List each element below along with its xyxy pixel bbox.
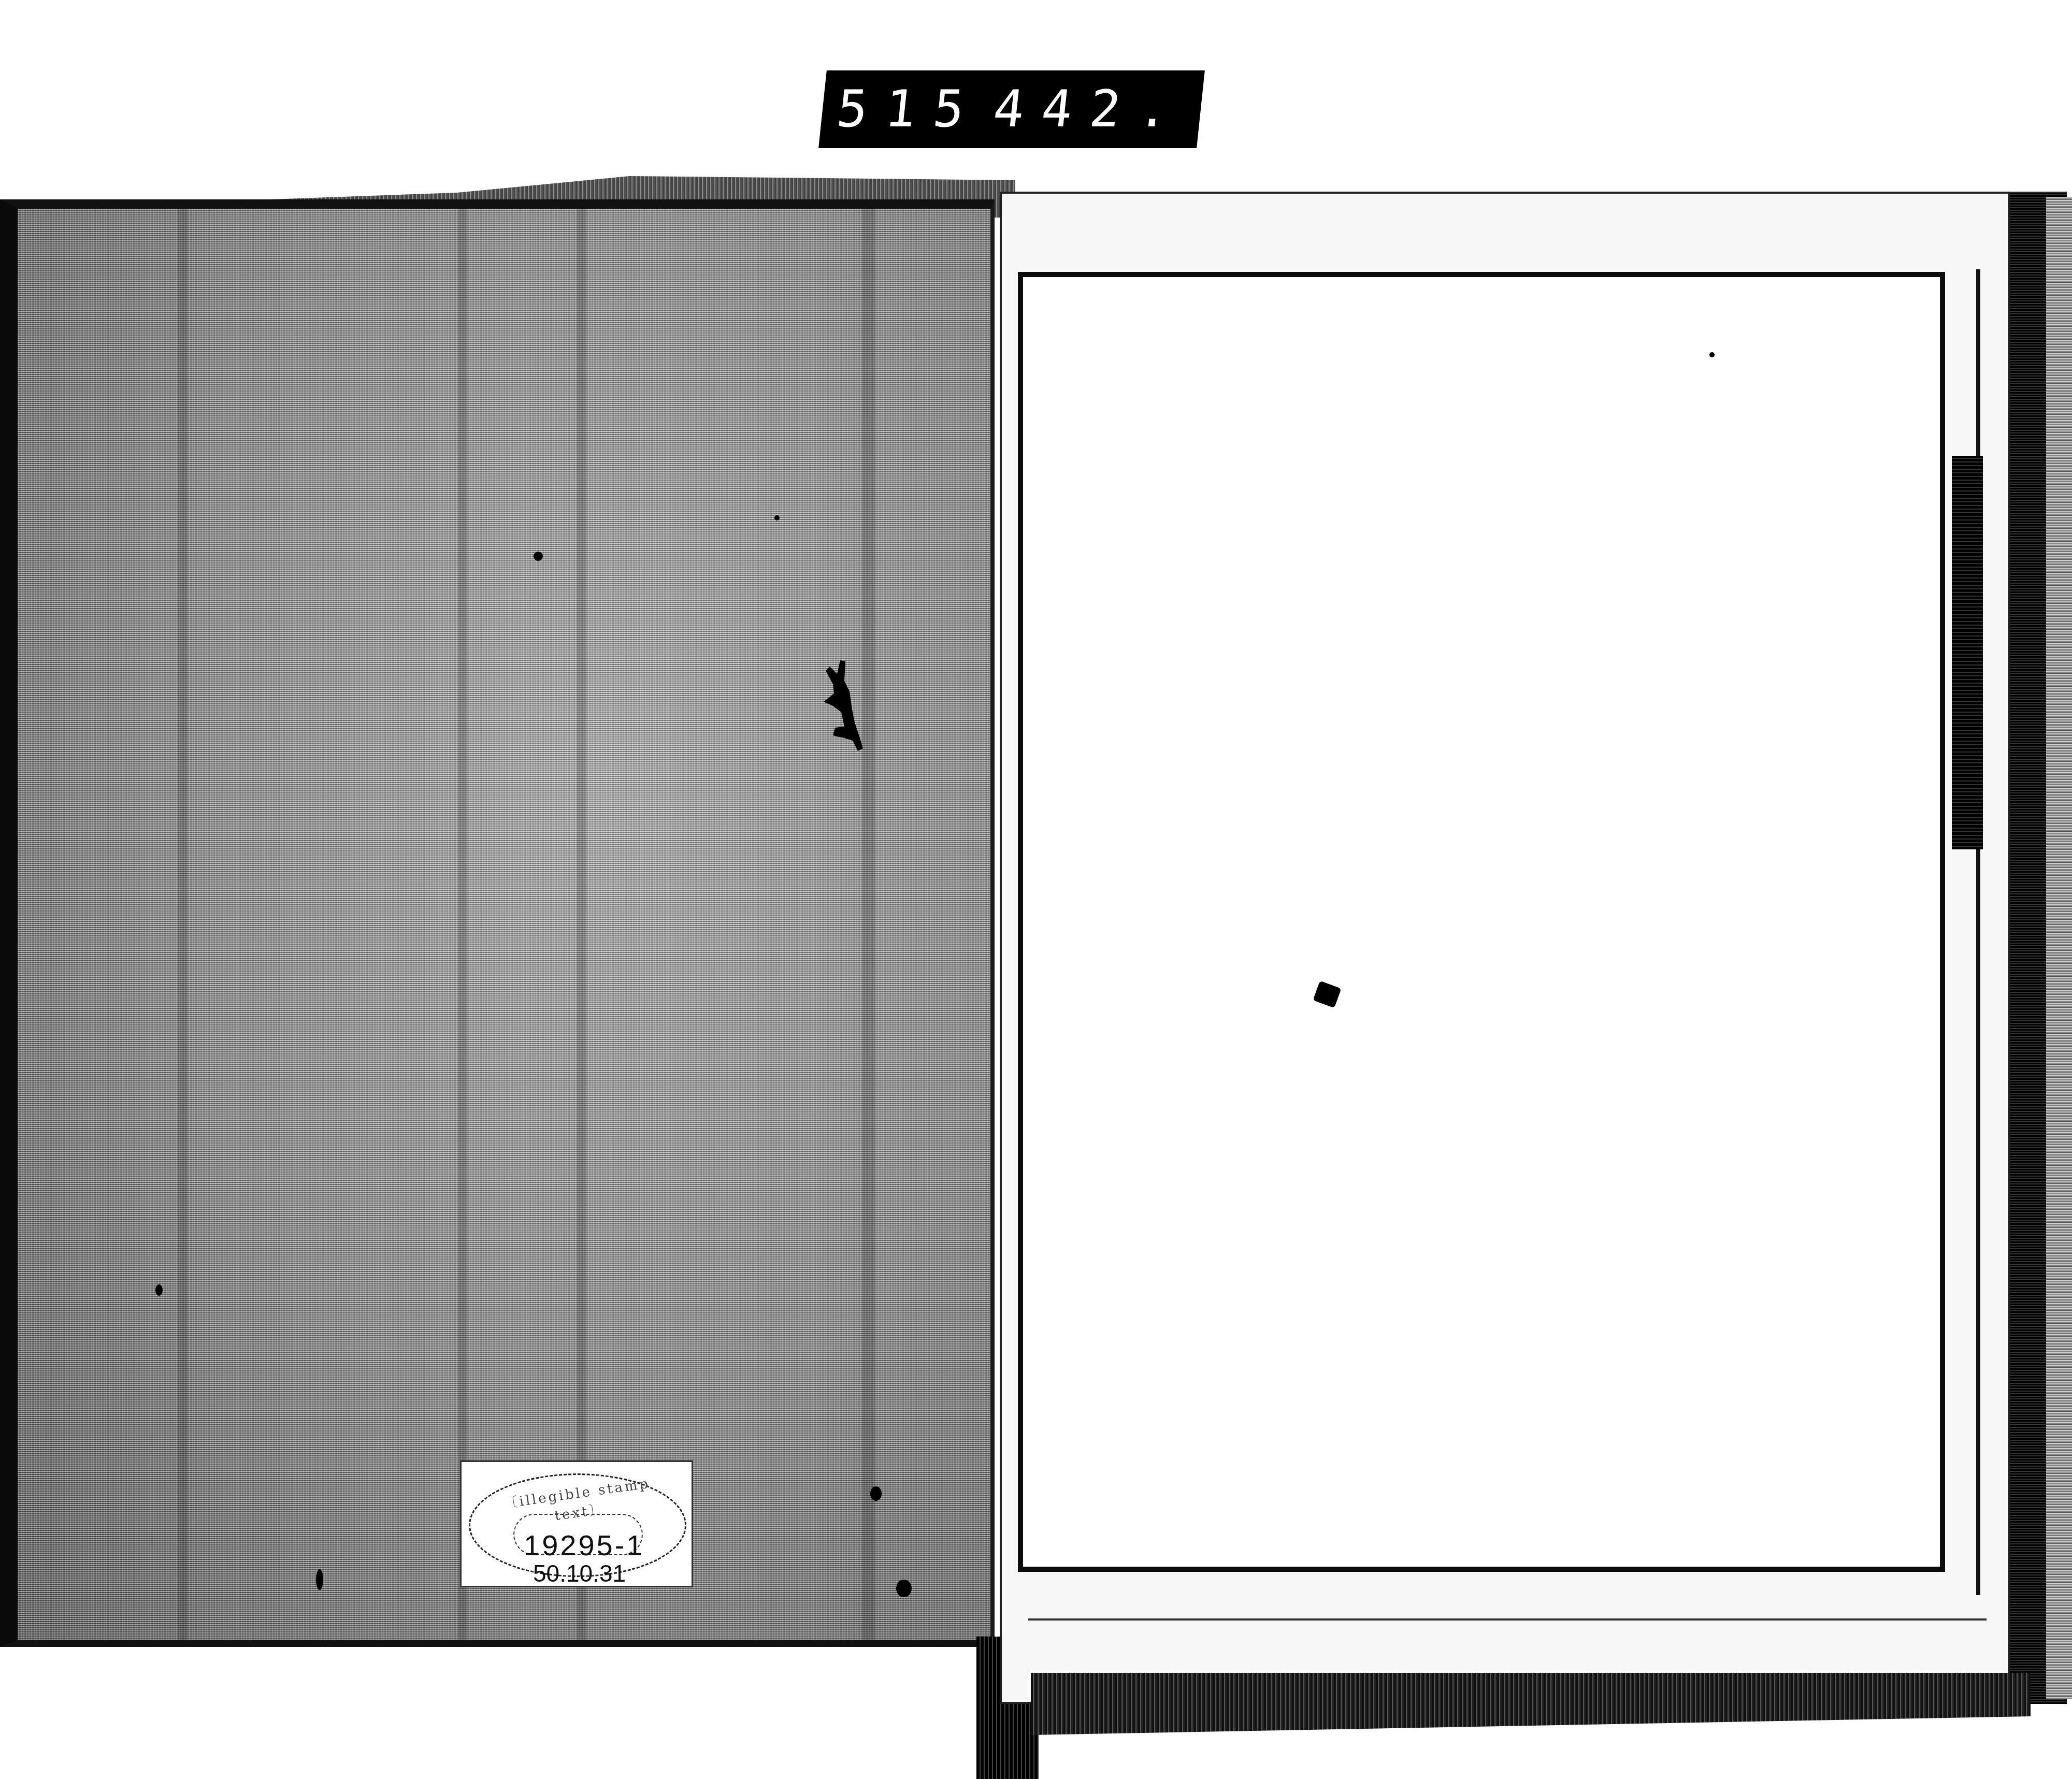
stamp-date: 50.10.31 [533, 1559, 626, 1587]
call-number-right: 442. [990, 80, 1189, 139]
cloth-streak [458, 209, 467, 1640]
call-number-left: 515 [834, 80, 985, 139]
stamp-accession-number: 19295-1 [524, 1528, 645, 1562]
fore-edge-light [2046, 197, 2072, 1699]
speck [155, 1284, 163, 1296]
speck [534, 552, 543, 561]
cloth-streak [862, 209, 875, 1640]
speck [316, 1569, 323, 1590]
library-stamp: 〔illegible stamp text〕 19295-1 50.10.31 [460, 1460, 693, 1587]
speck [774, 515, 780, 520]
book-front-cover [0, 199, 995, 1647]
speck [870, 1486, 882, 1501]
ink-blot-mark [808, 650, 870, 754]
page-bottom-line [1028, 1618, 1987, 1621]
page-tab-marker [1952, 456, 1983, 849]
page-bottom-shadow [1031, 1673, 2031, 1735]
speck [1709, 352, 1715, 357]
call-number-label: 515 442. [818, 70, 1205, 148]
cloth-streak [178, 209, 188, 1640]
scanned-document: 515 442. 〔illegible stamp text〕 19295-1 … [0, 0, 2072, 1779]
speck [896, 1580, 912, 1597]
blank-page-frame [1018, 272, 1945, 1572]
cloth-streak [577, 209, 586, 1640]
